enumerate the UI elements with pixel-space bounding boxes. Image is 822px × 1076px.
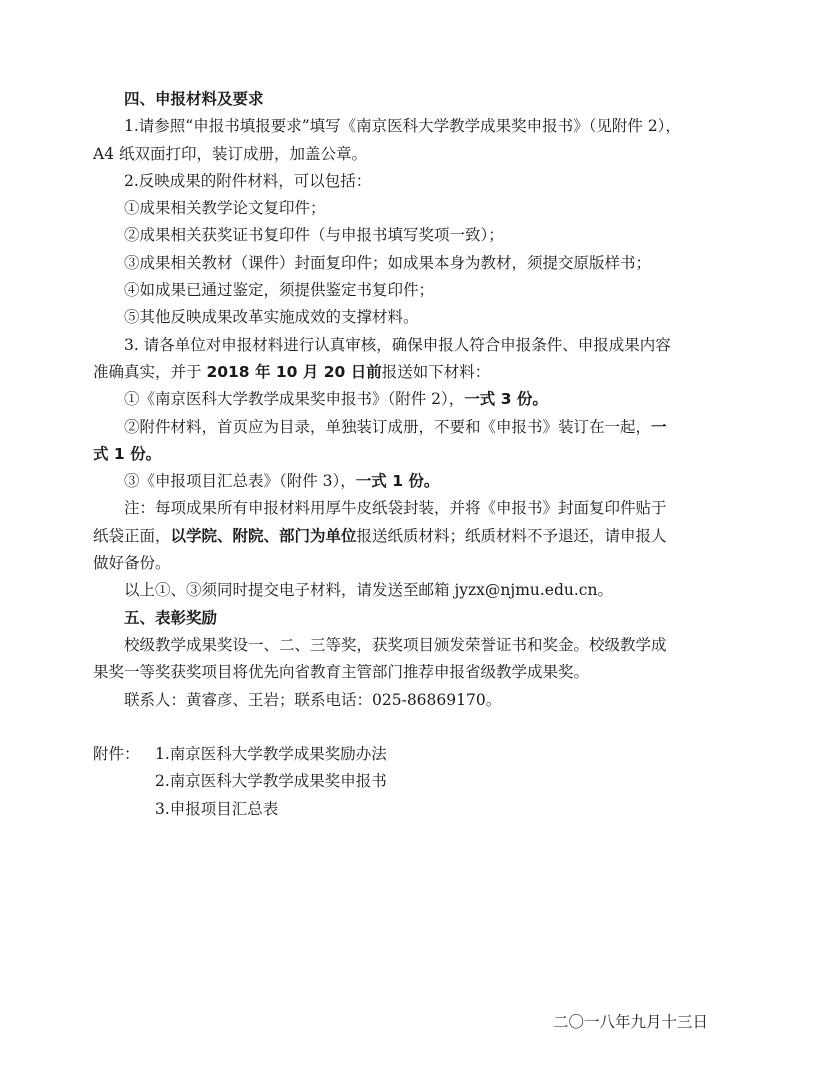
note-text: 纸袋正面， [93, 527, 171, 545]
item-2-list-item: ③成果相关教材（课件）封面复印件；如成果本身为教材，须提交原版样书； [93, 250, 723, 277]
submission-item-2-line-1: ②附件材料，首页应为目录，单独装订成册，不要和《申报书》装订在一起，一 [93, 414, 723, 441]
submission-copies: 式 1 份。 [93, 445, 161, 463]
submission-copies: 一式 1 份。 [356, 472, 440, 490]
note-line-3: 做好备份。 [93, 550, 723, 577]
attachment-item: 3.申报项目汇总表 [155, 800, 278, 818]
contact-line: 联系人：黄睿彦、王岩；联系电话：025-86869170。 [93, 687, 723, 714]
email-line: 以上①、③须同时提交电子材料，请发送至邮箱 jyzx@njmu.edu.cn。 [93, 577, 723, 604]
attachment-item: 1.南京医科大学教学成果奖励办法 [155, 745, 387, 763]
note-line-1: 注：每项成果所有申报材料用厚牛皮纸袋封装，并将《申报书》封面复印件贴于 [93, 495, 723, 522]
submission-copies: 一式 3 份。 [464, 390, 548, 408]
item-2-list-item: ⑤其他反映成果改革实施成效的支撑材料。 [93, 304, 723, 331]
item-2-intro: 2.反映成果的附件材料，可以包括： [93, 168, 723, 195]
attachment-row: 2.南京医科大学教学成果奖申报书 [93, 768, 723, 795]
attachment-item: 2.南京医科大学教学成果奖申报书 [155, 772, 387, 790]
submission-text: ①《南京医科大学教学成果奖申报书》（附件 2）， [124, 390, 464, 408]
award-para-line-1: 校级教学成果奖设一、二、三等奖，获奖项目颁发荣誉证书和奖金。校级教学成 [93, 632, 723, 659]
item-3-line-1: 3. 请各单位对申报材料进行认真审核，确保申报人符合申报条件、申报成果内容 [93, 332, 723, 359]
note-line-2: 纸袋正面，以学院、附院、部门为单位报送纸质材料；纸质材料不予退还，请申报人 [93, 523, 723, 550]
submission-item-1: ①《南京医科大学教学成果奖申报书》（附件 2），一式 3 份。 [93, 386, 723, 413]
submission-text: ②附件材料，首页应为目录，单独装订成册，不要和《申报书》装订在一起， [124, 418, 651, 436]
attachment-row: 附件：1.南京医科大学教学成果奖励办法 [93, 741, 723, 768]
item-1-line-2: A4 纸双面打印，装订成册，加盖公章。 [93, 141, 723, 168]
spacer [93, 714, 723, 741]
note-text: 报送纸质材料；纸质材料不予退还，请申报人 [357, 527, 667, 545]
document-page: 四、申报材料及要求 1.请参照“申报书填报要求”填写《南京医科大学教学成果奖申报… [93, 86, 723, 823]
submission-text: ③《申报项目汇总表》（附件 3）， [124, 472, 356, 490]
award-para-line-2: 果奖一等奖获奖项目将优先向省教育主管部门推荐申报省级教学成果奖。 [93, 659, 723, 686]
item-1-line-1: 1.请参照“申报书填报要求”填写《南京医科大学教学成果奖申报书》（见附件 2）， [93, 113, 723, 140]
item-2-list-item: ①成果相关教学论文复印件； [93, 195, 723, 222]
section-4-heading: 四、申报材料及要求 [93, 86, 723, 113]
item-3-line-2: 准确真实，并于 2018 年 10 月 20 日前报送如下材料： [93, 359, 723, 386]
email-link[interactable]: jyzx@njmu.edu.cn [454, 581, 597, 599]
attachments-label: 附件： [93, 741, 155, 768]
item-2-list-item: ②成果相关获奖证书复印件（与申报书填写奖项一致）； [93, 222, 723, 249]
item-2-list-item: ④如成果已通过鉴定，须提供鉴定书复印件； [93, 277, 723, 304]
submission-copies: 一 [651, 418, 667, 436]
item-3-text: 报送如下材料： [382, 363, 491, 381]
note-unit-emphasis: 以学院、附院、部门为单位 [171, 527, 357, 545]
section-5-heading: 五、表彰奖励 [93, 605, 723, 632]
item-3-text: 准确真实，并于 [93, 363, 206, 381]
submission-item-3: ③《申报项目汇总表》（附件 3），一式 1 份。 [93, 468, 723, 495]
deadline-date: 2018 年 10 月 20 日前 [206, 363, 381, 381]
document-date: 二〇一八年九月十三日 [553, 1010, 708, 1032]
attachment-row: 3.申报项目汇总表 [93, 796, 723, 823]
submission-item-2-line-2: 式 1 份。 [93, 441, 723, 468]
email-text: 以上①、③须同时提交电子材料，请发送至邮箱 [124, 581, 454, 599]
email-text: 。 [597, 581, 613, 599]
